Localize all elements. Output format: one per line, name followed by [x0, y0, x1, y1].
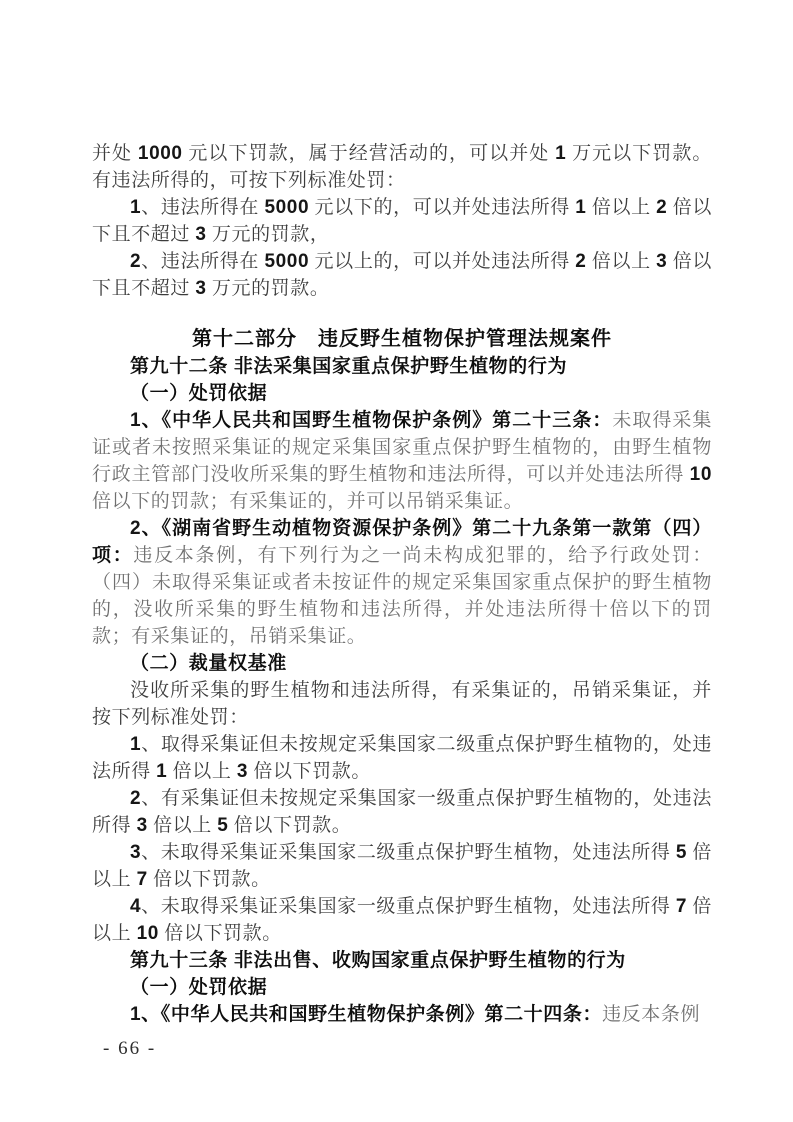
numeric-text: 2 [130, 788, 141, 809]
numeric-text: 3 [137, 815, 148, 836]
sub-heading: （一）处罚依据 [92, 380, 712, 407]
text-run-body: 3、未取得采集证采集国家二级重点保护野生植物，处违法所得 5 倍以上 7 倍以下… [92, 842, 712, 890]
page-number: - 66 - [103, 1038, 156, 1060]
paragraph: 1、《中华人民共和国野生植物保护条例》第二十四条：违反本条例 [92, 1001, 712, 1028]
numeric-text: 2 [130, 518, 141, 539]
numeric-text: 7 [137, 869, 148, 890]
numeric-text: 5000 [264, 197, 309, 218]
sub-heading: （一）处罚依据 [92, 974, 712, 1001]
paragraph: 1、违法所得在 5000 元以下的，可以并处违法所得 1 倍以上 2 倍以下且不… [92, 194, 712, 248]
numeric-text: 4 [130, 896, 141, 917]
section-heading: 第十二部分 违反野生植物保护管理法规案件 [92, 326, 712, 353]
article-heading: 第九十三条 非法出售、收购国家重点保护野生植物的行为 [92, 947, 712, 974]
paragraph: 1、《中华人民共和国野生植物保护条例》第二十三条：未取得采集证或者未按照采集证的… [92, 407, 712, 515]
text-run-body: 4、未取得采集证采集国家一级重点保护野生植物，处违法所得 7 倍以上 10 倍以… [92, 896, 712, 944]
paragraph: 并处 1000 元以下罚款，属于经营活动的，可以并处 1 万元以下罚款。有违法所… [92, 140, 712, 194]
numeric-text: 1 [130, 734, 141, 755]
numeric-text: 3 [237, 761, 248, 782]
paragraph: 2、《湖南省野生动植物资源保护条例》第二十九条第一款第（四）项：违反本条例，有下… [92, 515, 712, 650]
text-run-strong: 第九十二条 非法采集国家重点保护野生植物的行为 [130, 356, 567, 377]
numeric-text: 1 [156, 761, 167, 782]
numeric-text: 3 [130, 842, 141, 863]
numeric-text: 2 [130, 251, 141, 272]
document-content: 并处 1000 元以下罚款，属于经营活动的，可以并处 1 万元以下罚款。有违法所… [92, 140, 712, 1028]
numeric-text: 5000 [264, 251, 309, 272]
text-run-strong: （二）裁量权基准 [130, 653, 287, 674]
numeric-text: 10 [137, 923, 159, 944]
text-run-strong: （一）处罚依据 [130, 977, 267, 998]
paragraph: 1、取得采集证但未按规定采集国家二级重点保护野生植物的，处违法所得 1 倍以上 … [92, 731, 712, 785]
numeric-text: 3 [195, 224, 206, 245]
text-run-strong: 第十二部分 违反野生植物保护管理法规案件 [192, 328, 612, 350]
text-run-strong: 1、《中华人民共和国野生植物保护条例》第二十三条： [130, 410, 612, 431]
numeric-text: 1000 [138, 143, 183, 164]
text-run-body: 1、取得采集证但未按规定采集国家二级重点保护野生植物的，处违法所得 1 倍以上 … [92, 734, 712, 782]
numeric-text: 2 [575, 251, 586, 272]
numeric-text: 5 [676, 842, 687, 863]
numeric-text: 2 [656, 197, 667, 218]
numeric-text: 5 [217, 815, 228, 836]
numeric-text: 1 [555, 143, 566, 164]
text-run-body: 没收所采集的野生植物和违法所得，有采集证的，吊销采集证，并按下列标准处罚： [92, 680, 712, 728]
paragraph: 3、未取得采集证采集国家二级重点保护野生植物，处违法所得 5 倍以上 7 倍以下… [92, 839, 712, 893]
text-run-body: 2、违法所得在 5000 元以上的，可以并处违法所得 2 倍以上 3 倍以下且不… [92, 251, 712, 299]
paragraph: 2、违法所得在 5000 元以上的，可以并处违法所得 2 倍以上 3 倍以下且不… [92, 248, 712, 302]
numeric-text: 1 [130, 197, 141, 218]
text-run-body: 并处 1000 元以下罚款，属于经营活动的，可以并处 1 万元以下罚款。有违法所… [92, 143, 712, 191]
numeric-text: 3 [656, 251, 667, 272]
numeric-text: 3 [195, 278, 206, 299]
text-run-strong: 1、《中华人民共和国野生植物保护条例》第二十四条： [130, 1004, 602, 1025]
article-heading: 第九十二条 非法采集国家重点保护野生植物的行为 [92, 353, 712, 380]
numeric-text: 10 [690, 464, 712, 485]
text-run-body: 1、违法所得在 5000 元以下的，可以并处违法所得 1 倍以上 2 倍以下且不… [92, 197, 712, 245]
sub-heading: （二）裁量权基准 [92, 650, 712, 677]
numeric-text: 1 [130, 1004, 141, 1025]
text-run-quote: 违反本条例 [602, 1004, 700, 1025]
paragraph: 没收所采集的野生植物和违法所得，有采集证的，吊销采集证，并按下列标准处罚： [92, 677, 712, 731]
document-page: 并处 1000 元以下罚款，属于经营活动的，可以并处 1 万元以下罚款。有违法所… [0, 0, 793, 1122]
text-run-quote: 违反本条例，有下列行为之一尚未构成犯罪的，给予行政处罚：（四）未取得采集证或者未… [92, 545, 712, 647]
text-run-strong: （一）处罚依据 [130, 383, 267, 404]
paragraph: 2、有采集证但未按规定采集国家一级重点保护野生植物的，处违法所得 3 倍以上 5… [92, 785, 712, 839]
numeric-text: 7 [676, 896, 687, 917]
text-run-strong: 第九十三条 非法出售、收购国家重点保护野生植物的行为 [130, 950, 626, 971]
text-run-body: 2、有采集证但未按规定采集国家一级重点保护野生植物的，处违法所得 3 倍以上 5… [92, 788, 712, 836]
paragraph: 4、未取得采集证采集国家一级重点保护野生植物，处违法所得 7 倍以上 10 倍以… [92, 893, 712, 947]
numeric-text: 1 [575, 197, 586, 218]
numeric-text: 1 [130, 410, 141, 431]
